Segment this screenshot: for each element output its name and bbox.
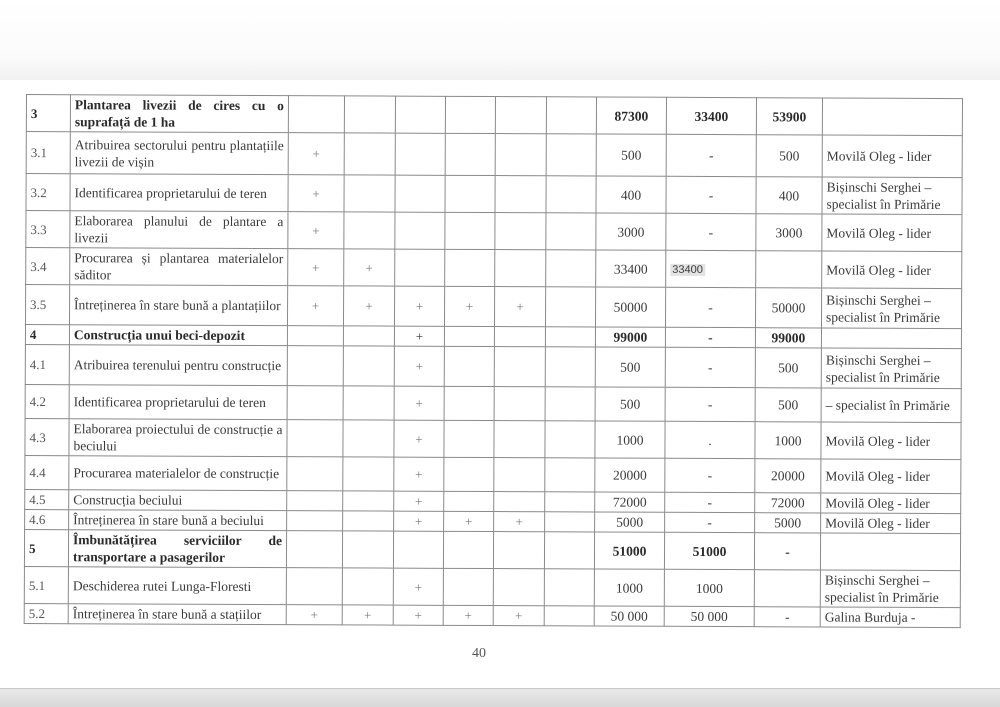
activity-cell: Procurarea materialelor de construcție — [69, 456, 287, 491]
responsible-person: Movilă Oleg - lider — [821, 422, 961, 460]
schedule-mark — [493, 532, 544, 569]
schedule-mark — [287, 491, 343, 511]
schedule-mark — [343, 511, 394, 531]
schedule-mark — [495, 213, 546, 250]
activity-cell: Atribuirea sectorului pentru plantațiile… — [70, 132, 288, 175]
schedule-mark — [544, 569, 594, 606]
schedule-mark — [494, 327, 545, 347]
activity-cell: Întreținerea în stare bună a plantațiilo… — [69, 285, 287, 326]
funding-source-2: 500 — [755, 348, 821, 388]
responsible-person — [822, 98, 962, 136]
table-row: 3.2Identificarea proprietarului de teren… — [26, 174, 962, 215]
schedule-mark: + — [288, 249, 344, 286]
responsible-person: Bișinschi Serghei – specialist în Primăr… — [820, 570, 960, 608]
schedule-mark — [344, 212, 395, 249]
schedule-mark — [546, 250, 596, 287]
row-number: 4.3 — [25, 418, 69, 455]
responsible-person: – specialist în Primărie — [821, 388, 961, 423]
row-number: 4.6 — [25, 509, 69, 529]
total-amount: 51000 — [594, 532, 664, 569]
total-amount: 500 — [595, 387, 665, 421]
schedule-mark — [444, 386, 494, 420]
total-amount: 50000 — [595, 287, 665, 327]
row-number: 3.4 — [26, 248, 70, 285]
schedule-mark — [494, 347, 545, 387]
funding-source-2: 500 — [755, 388, 821, 422]
funding-source-1: - — [666, 176, 756, 213]
total-amount: 33400 — [596, 250, 666, 287]
funding-source-1: 51000 — [664, 532, 754, 569]
schedule-mark — [344, 133, 395, 175]
section-row: 5Îmbunătățirea serviciilor de transporta… — [24, 529, 960, 570]
schedule-mark — [494, 458, 545, 492]
row-number: 3.3 — [26, 211, 70, 248]
schedule-mark — [545, 347, 595, 387]
schedule-mark — [395, 249, 445, 286]
schedule-mark — [494, 387, 545, 421]
schedule-mark — [395, 96, 445, 133]
schedule-mark — [494, 492, 545, 512]
schedule-mark — [342, 568, 393, 605]
schedule-mark: + — [443, 605, 493, 625]
schedule-mark — [444, 457, 494, 491]
funding-source-2: 5000 — [755, 513, 821, 533]
row-number: 3.5 — [25, 285, 69, 325]
table-row: 4.4Procurarea materialelor de construcți… — [25, 455, 961, 493]
schedule-mark: + — [394, 491, 444, 511]
schedule-mark — [544, 532, 594, 569]
total-amount: 1000 — [594, 569, 664, 606]
funding-source-2: 20000 — [755, 459, 821, 493]
schedule-mark — [444, 491, 494, 511]
activity-cell: Deschiderea rutei Lunga-Floresti — [68, 567, 286, 605]
funding-source-2: 99000 — [755, 328, 821, 348]
schedule-mark: + — [493, 606, 544, 626]
activity-cell: Identificarea proprietarului de teren — [69, 385, 287, 420]
section-row: 3Plantarea livezii de cires cu o suprafa… — [26, 95, 962, 136]
total-amount: 87300 — [596, 97, 666, 134]
total-amount: 5000 — [595, 512, 665, 532]
schedule-mark — [343, 491, 394, 511]
total-amount: 99000 — [595, 327, 665, 347]
table-row: 3.4Procurarea și plantarea materialelor … — [26, 248, 962, 289]
funding-source-1: 1000 — [664, 569, 754, 606]
responsible-person: Bișinschi Serghei – specialist în Primăr… — [822, 177, 962, 215]
funding-source-1: 33400 — [666, 250, 756, 287]
schedule-mark — [395, 212, 445, 249]
schedule-mark: + — [444, 511, 494, 531]
schedule-mark — [288, 96, 344, 133]
table-row: 3.3Elaborarea planului de plantare a liv… — [26, 211, 962, 252]
total-amount: 72000 — [595, 492, 665, 512]
schedule-mark — [287, 457, 343, 491]
schedule-mark: + — [288, 133, 344, 175]
schedule-mark: + — [286, 605, 342, 625]
funding-source-1: . — [665, 421, 755, 458]
funding-source-2: 1000 — [755, 422, 821, 459]
schedule-mark — [344, 175, 395, 212]
schedule-mark — [287, 326, 343, 346]
funding-source-2: 53900 — [756, 98, 822, 135]
row-number: 3 — [26, 95, 70, 132]
activity-cell: Identificarea proprietarului de teren — [70, 174, 288, 212]
responsible-person: Movilă Oleg - lider — [822, 251, 962, 289]
schedule-mark: + — [344, 249, 395, 286]
table-body: 3Plantarea livezii de cires cu o suprafa… — [24, 95, 962, 628]
schedule-mark — [445, 212, 495, 249]
schedule-mark — [286, 568, 342, 605]
responsible-person: Movilă Oleg - lider — [821, 493, 961, 514]
funding-source-2: - — [754, 533, 820, 570]
total-amount: 20000 — [595, 458, 665, 492]
funding-source-1: - — [665, 327, 755, 347]
responsible-person — [820, 533, 960, 571]
table-row: 5.2Întreținerea în stare bună a stațiilo… — [24, 603, 960, 627]
schedule-mark — [545, 492, 595, 512]
activity-cell: Elaborarea proiectului de construcție a … — [69, 419, 287, 457]
page-number: 40 — [472, 646, 486, 662]
funding-source-1: - — [665, 287, 755, 327]
schedule-mark — [445, 96, 495, 133]
schedule-mark — [287, 346, 343, 386]
schedule-mark — [344, 96, 395, 133]
schedule-mark: + — [343, 286, 394, 326]
schedule-mark: + — [494, 512, 545, 532]
scan-top-margin — [0, 0, 1000, 80]
responsible-person: Galina Burduja - — [820, 607, 960, 628]
table-row: 4.3Elaborarea proiectului de construcție… — [25, 418, 961, 459]
scan-bottom-edge — [0, 688, 1000, 707]
table-row: 3.1Atribuirea sectorului pentru plantați… — [26, 132, 962, 178]
funding-source-1: - — [665, 492, 755, 512]
schedule-mark — [287, 420, 343, 457]
schedule-mark: + — [342, 605, 393, 625]
funding-source-2: 50000 — [755, 288, 821, 328]
schedule-mark: + — [394, 286, 444, 326]
schedule-mark — [546, 134, 596, 176]
highlighted-value: 33400 — [670, 263, 705, 275]
schedule-mark — [546, 97, 596, 134]
total-amount: 1000 — [595, 421, 665, 458]
total-amount: 500 — [596, 134, 666, 176]
funding-source-1: - — [665, 387, 755, 421]
schedule-mark — [444, 420, 494, 457]
funding-source-1: - — [665, 458, 755, 492]
schedule-mark — [493, 569, 544, 606]
schedule-mark — [343, 386, 394, 420]
row-number: 5.2 — [24, 603, 68, 623]
funding-source-1: 33400 — [666, 97, 756, 134]
funding-source-2 — [756, 251, 822, 288]
funding-source-2: 500 — [756, 135, 822, 177]
schedule-mark — [443, 568, 493, 605]
row-number: 5 — [24, 529, 68, 566]
schedule-mark — [343, 326, 394, 346]
schedule-mark — [445, 249, 495, 286]
schedule-mark — [445, 175, 495, 212]
funding-source-1: - — [665, 347, 755, 387]
table-row: 4.1Atribuirea terenului pentru construcț… — [25, 344, 961, 388]
schedule-mark: + — [494, 287, 545, 327]
row-number: 4.2 — [25, 384, 69, 418]
table-row: 5.1Deschiderea rutei Lunga-Floresti+1000… — [24, 566, 960, 607]
funding-source-2 — [754, 570, 820, 607]
funding-source-1: - — [666, 134, 756, 176]
responsible-person: Movilă Oleg - lider — [822, 214, 962, 252]
activity-cell: Elaborarea planului de plantare a livezi… — [70, 211, 288, 249]
row-number: 3.1 — [26, 132, 70, 174]
schedule-mark — [445, 133, 495, 175]
schedule-mark: + — [394, 511, 444, 531]
schedule-mark — [287, 386, 343, 420]
schedule-mark — [546, 213, 596, 250]
schedule-mark: + — [394, 386, 444, 420]
schedule-mark — [545, 327, 595, 347]
schedule-mark — [495, 97, 546, 134]
total-amount: 3000 — [596, 213, 666, 250]
activity-cell: Întreținerea în stare bună a beciului — [69, 510, 287, 531]
responsible-person: Movilă Oleg - lider — [822, 135, 962, 178]
schedule-mark — [545, 421, 595, 458]
funding-source-1: - — [666, 213, 756, 250]
schedule-mark: + — [394, 420, 444, 457]
schedule-mark — [343, 420, 394, 457]
funding-source-1: 50 000 — [664, 606, 754, 626]
activity-cell: Întreținerea în stare bună a stațiilor — [68, 604, 286, 625]
schedule-mark: + — [394, 346, 444, 386]
responsible-person: Bișinschi Serghei – specialist în Primăr… — [821, 288, 961, 329]
schedule-mark — [495, 250, 546, 287]
row-number: 4.5 — [25, 489, 69, 509]
schedule-mark — [444, 346, 494, 386]
row-number: 4 — [25, 325, 69, 345]
schedule-mark: + — [393, 605, 443, 625]
table-row: 4.2Identificarea proprietarului de teren… — [25, 384, 961, 422]
total-amount: 400 — [596, 176, 666, 213]
row-number: 3.2 — [26, 174, 70, 211]
schedule-mark — [343, 346, 394, 386]
schedule-mark — [545, 287, 595, 327]
row-number: 4.4 — [25, 455, 69, 489]
schedule-mark — [395, 175, 445, 212]
activity-cell: Plantarea livezii de cires cu o suprafaț… — [70, 95, 288, 133]
total-amount: 50 000 — [594, 606, 664, 626]
funding-source-2: - — [754, 607, 820, 627]
schedule-mark — [343, 457, 394, 491]
schedule-mark: + — [287, 286, 343, 326]
action-plan-table: 3Plantarea livezii de cires cu o suprafa… — [24, 94, 963, 628]
table-row: 3.5Întreținerea în stare bună a plantați… — [25, 285, 961, 329]
responsible-person: Bișinschi Serghei – specialist în Primăr… — [821, 348, 961, 389]
activity-cell: Atribuirea terenului pentru construcție — [69, 345, 287, 386]
schedule-mark — [393, 531, 443, 568]
schedule-mark: + — [394, 457, 444, 491]
schedule-mark: + — [393, 568, 443, 605]
schedule-mark — [545, 512, 595, 532]
schedule-mark — [546, 176, 596, 213]
responsible-person: Movilă Oleg - lider — [821, 513, 961, 534]
schedule-mark — [494, 421, 545, 458]
row-number: 4.1 — [25, 344, 69, 384]
schedule-mark: + — [394, 326, 444, 346]
schedule-mark — [443, 531, 493, 568]
total-amount: 500 — [595, 347, 665, 387]
activity-cell: Procurarea și plantarea materialelor săd… — [70, 248, 288, 286]
activity-cell: Îmbunătățirea serviciilor de transportar… — [68, 530, 286, 568]
schedule-mark — [287, 511, 343, 531]
schedule-mark — [545, 387, 595, 421]
schedule-mark — [286, 531, 342, 568]
schedule-mark — [395, 133, 445, 175]
funding-source-1: - — [665, 512, 755, 532]
schedule-mark — [544, 606, 594, 626]
schedule-mark — [545, 458, 595, 492]
schedule-mark — [495, 134, 546, 176]
activity-cell: Construcția unui beci-depozit — [69, 325, 287, 346]
schedule-mark — [444, 326, 494, 346]
funding-source-2: 3000 — [756, 214, 822, 251]
responsible-person — [821, 328, 961, 349]
schedule-mark: + — [288, 175, 344, 212]
funding-source-2: 400 — [756, 177, 822, 214]
schedule-mark — [495, 176, 546, 213]
responsible-person: Movilă Oleg - lider — [821, 459, 961, 494]
funding-source-2: 72000 — [755, 493, 821, 513]
schedule-mark — [342, 531, 393, 568]
schedule-mark: + — [444, 286, 494, 326]
activity-cell: Construcția beciului — [69, 490, 287, 511]
row-number: 5.1 — [24, 566, 68, 603]
schedule-mark: + — [288, 212, 344, 249]
